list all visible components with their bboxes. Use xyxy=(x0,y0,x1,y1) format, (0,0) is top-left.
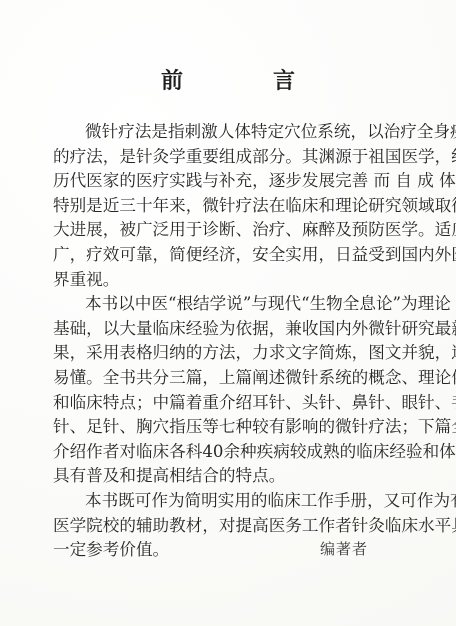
text-line: 果，采用表格归纳的方法，力求文字简炼，图文并貌，通俗 xyxy=(53,341,433,366)
text-line: 大进展，被广泛用于诊断、治疗、麻醉及预防医学。适应症 xyxy=(53,218,433,243)
author-signature: 编著者 xyxy=(320,538,368,559)
text-line: 基础，以大量临床经验为依据，兼收国内外微针研究最新成 xyxy=(53,317,433,342)
text-line: 针、足针、胸穴指压等七种较有影响的微针疗法；下篇全面 xyxy=(53,415,433,440)
page-title: 前 言 xyxy=(0,64,456,95)
text-line: 历代医家的医疗实践与补充，逐步发展完善 而 自 成 体系。 xyxy=(53,169,433,194)
text-line: 界重视。 xyxy=(53,268,433,293)
text-line: 医学院校的辅助教材，对提高医务工作者针灸临床水平具有 xyxy=(53,514,433,539)
text-line: 一定参考价值。 xyxy=(53,538,433,563)
paragraph-3: 本书既可作为简明实用的临床工作手册，又可作为有关 医学院校的辅助教材，对提高医务… xyxy=(53,489,433,563)
text-line: 微针疗法是指刺激人体特定穴位系统，以治疗全身疾病 xyxy=(53,120,433,145)
text-line: 的疗法，是针灸学重要组成部分。其渊源于祖国医学，经过 xyxy=(53,145,433,170)
preface-body: 微针疗法是指刺激人体特定穴位系统，以治疗全身疾病 的疗法，是针灸学重要组成部分。… xyxy=(53,120,433,563)
text-line: 介绍作者对临床各科40余种疾病较成熟的临床经验和体会， xyxy=(53,440,433,465)
paragraph-2: 本书以中医“根结学说”与现代“生物全息论”为理论 基础，以大量临床经验为依据，兼… xyxy=(53,292,433,489)
text-line: 和临床特点；中篇着重介绍耳针、头针、鼻针、眼针、手 xyxy=(53,391,433,416)
text-line: 广，疗效可靠，简便经济，安全实用，日益受到国内外医学 xyxy=(53,243,433,268)
text-line: 本书以中医“根结学说”与现代“生物全息论”为理论 xyxy=(53,292,433,317)
text-line: 易懂。全书共分三篇，上篇阐述微针系统的概念、理论依据 xyxy=(53,366,433,391)
text-line: 本书既可作为简明实用的临床工作手册，又可作为有关 xyxy=(53,489,433,514)
text-line: 特别是近三十年来，微针疗法在临床和理论研究领域取得较 xyxy=(53,194,433,219)
document-page: 前 言 微针疗法是指刺激人体特定穴位系统，以治疗全身疾病 的疗法，是针灸学重要组… xyxy=(0,0,456,626)
text-line: 具有普及和提高相结合的特点。 xyxy=(53,464,433,489)
paragraph-1: 微针疗法是指刺激人体特定穴位系统，以治疗全身疾病 的疗法，是针灸学重要组成部分。… xyxy=(53,120,433,292)
